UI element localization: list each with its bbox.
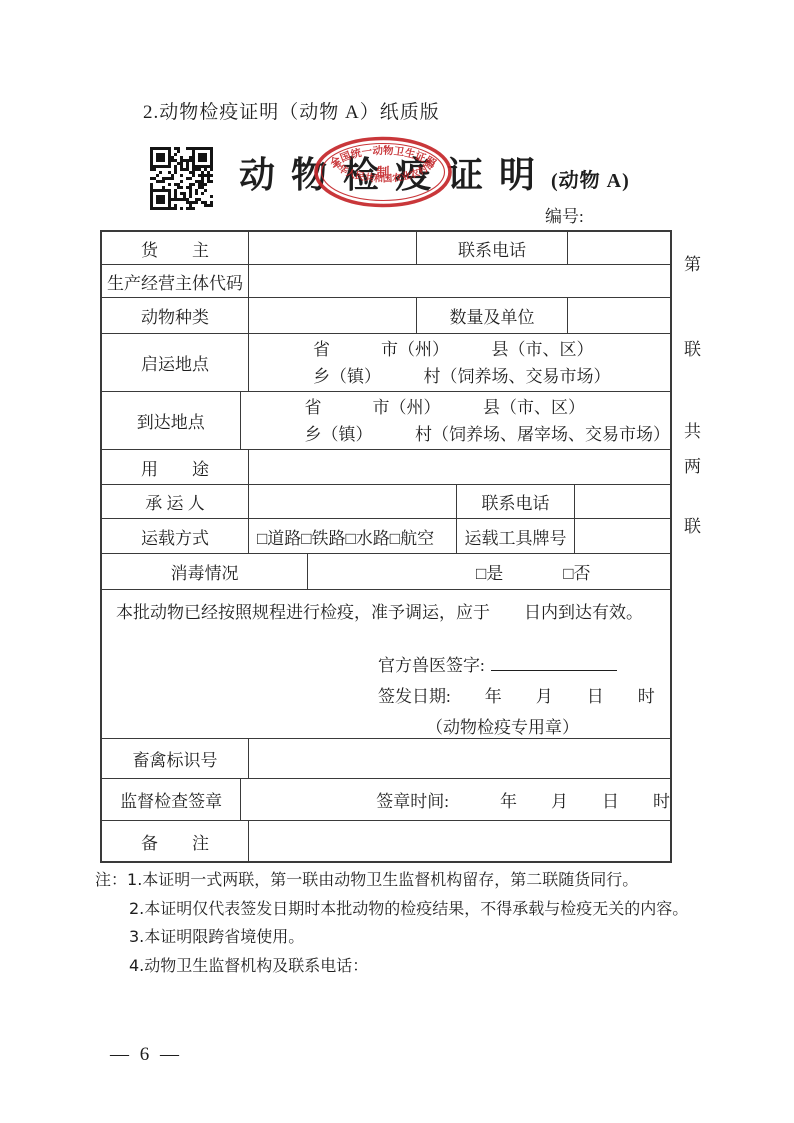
statement-text: 本批动物已经按照规程进行检疫，准予调运，应于 日内到达有效。 (116, 600, 658, 626)
transport-mode-label: 运载方式 (102, 519, 249, 553)
disinfection-yes-checkbox: □是 (476, 559, 503, 584)
note-line-3: 3.本证明限跨省境使用。 (95, 923, 710, 952)
margin-copy-label-2: 联 (684, 335, 701, 360)
vet-signature-label: 官方兽医签字: (378, 656, 485, 675)
origin-label: 启运地点 (102, 334, 249, 391)
page-number: — 6 — (110, 1044, 182, 1066)
destination-line-2: 乡（镇） 村（饲养场、屠宰场、交易市场） (305, 421, 671, 448)
livestock-tag-value-field (249, 739, 670, 778)
issue-date-line: 签发日期: 年 月 日 时 (378, 681, 658, 712)
usage-value-field (249, 450, 670, 484)
certificate-title-suffix: (动物 A) (551, 170, 630, 192)
owner-value-field (249, 232, 417, 264)
producer-code-label: 生产经营主体代码 (102, 265, 249, 297)
qr-code-icon (150, 147, 213, 210)
species-value-field (249, 298, 417, 333)
livestock-tag-label: 畜禽标识号 (102, 739, 249, 778)
carrier-phone-label: 联系电话 (457, 485, 575, 518)
origin-line-2: 乡（镇） 村（饲养场、交易市场） (313, 363, 611, 390)
footnotes: 注：1.本证明一式两联，第一联由动物卫生监督机构留存，第二联随货同行。 2.本证… (95, 866, 710, 980)
owner-phone-label: 联系电话 (417, 232, 568, 264)
row-producer-code: 生产经营主体代码 (102, 265, 670, 298)
remarks-value-field (249, 821, 670, 861)
row-usage: 用 途 (102, 450, 670, 485)
notes-prefix: 注： (95, 870, 127, 889)
row-destination: 到达地点 省 市（州） 县（市、区） 乡（镇） 村（饲养场、屠宰场、交易市场） (102, 392, 670, 450)
origin-line-1: 省 市（州） 县（市、区） (313, 336, 594, 363)
owner-label: 货 主 (102, 232, 249, 264)
transport-mode-checkboxes: □道路□铁路□水路□航空 (249, 519, 457, 553)
vet-signature-blank (491, 657, 617, 671)
document-page: 2.动物检疫证明（动物 A）纸质版 动物检疫证明(动物 A) 全国统一动物卫生证… (0, 0, 794, 1123)
supervision-time-line: 签章时间: 年 月 日 时 (241, 779, 670, 820)
quarantine-statement: 本批动物已经按照规程进行检疫，准予调运，应于 日内到达有效。 官方兽医签字: 签… (102, 590, 670, 738)
note-item-1: 1.本证明一式两联，第一联由动物卫生监督机构留存，第二联随货同行。 (127, 870, 638, 889)
seal-center-text: 制 (376, 165, 389, 180)
usage-label: 用 途 (102, 450, 249, 484)
vehicle-plate-label: 运载工具牌号 (457, 519, 575, 553)
margin-copy-label-1: 第 (684, 250, 701, 275)
row-supervision: 监督检查签章 签章时间: 年 月 日 时 (102, 779, 670, 821)
serial-number-label: 编号: (545, 202, 584, 227)
disinfection-options: □是 □否 (308, 554, 670, 589)
destination-line-1: 省 市（州） 县（市、区） (305, 394, 586, 421)
quantity-label: 数量及单位 (417, 298, 568, 333)
margin-copy-label-3: 共 (684, 417, 701, 442)
species-label: 动物种类 (102, 298, 249, 333)
row-livestock-tag: 畜禽标识号 (102, 739, 670, 779)
row-origin: 启运地点 省 市（州） 县（市、区） 乡（镇） 村（饲养场、交易市场） (102, 334, 670, 392)
note-line-4: 4.动物卫生监督机构及联系电话： (95, 952, 710, 981)
row-disinfection: 消毒情况 □是 □否 (102, 554, 670, 590)
vehicle-plate-value-field (575, 519, 670, 553)
row-transport: 运载方式 □道路□铁路□水路□航空 运载工具牌号 (102, 519, 670, 554)
row-carrier: 承 运 人 联系电话 (102, 485, 670, 519)
destination-value-field: 省 市（州） 县（市、区） 乡（镇） 村（饲养场、屠宰场、交易市场） (241, 392, 671, 449)
carrier-value-field (249, 485, 457, 518)
note-line-2: 2.本证明仅代表签发日期时本批动物的检疫结果，不得承载与检疫无关的内容。 (95, 895, 710, 924)
quantity-value-field (568, 298, 670, 333)
carrier-phone-value-field (575, 485, 670, 518)
owner-phone-value-field (568, 232, 670, 264)
row-species: 动物种类 数量及单位 (102, 298, 670, 334)
vet-signature-line: 官方兽医签字: (378, 650, 658, 681)
official-seal-icon: 全国统一动物卫生证照 中华人民共和国农业农村部 制 (312, 135, 454, 209)
supervision-seal-label: 监督检查签章 (102, 779, 241, 820)
row-statement: 本批动物已经按照规程进行检疫，准予调运，应于 日内到达有效。 官方兽医签字: 签… (102, 590, 670, 739)
margin-copy-label-5: 联 (684, 512, 701, 537)
margin-copy-label-4: 两 (684, 452, 701, 477)
signature-block: 官方兽医签字: 签发日期: 年 月 日 时 （动物检疫专用章） (378, 650, 658, 743)
origin-value-field: 省 市（州） 县（市、区） 乡（镇） 村（饲养场、交易市场） (249, 334, 670, 391)
carrier-label: 承 运 人 (102, 485, 249, 518)
remarks-label: 备 注 (102, 821, 249, 861)
producer-code-value-field (249, 265, 670, 297)
certificate-table: 货 主 联系电话 生产经营主体代码 动物种类 数量及单位 启运地点 省 市（州）… (100, 230, 672, 863)
row-remarks: 备 注 (102, 821, 670, 861)
row-owner: 货 主 联系电话 (102, 232, 670, 265)
disinfection-label: 消毒情况 (102, 554, 308, 589)
destination-label: 到达地点 (102, 392, 241, 449)
note-line-1: 注：1.本证明一式两联，第一联由动物卫生监督机构留存，第二联随货同行。 (95, 866, 710, 895)
section-heading: 2.动物检疫证明（动物 A）纸质版 (143, 97, 440, 124)
disinfection-no-checkbox: □否 (563, 559, 590, 584)
